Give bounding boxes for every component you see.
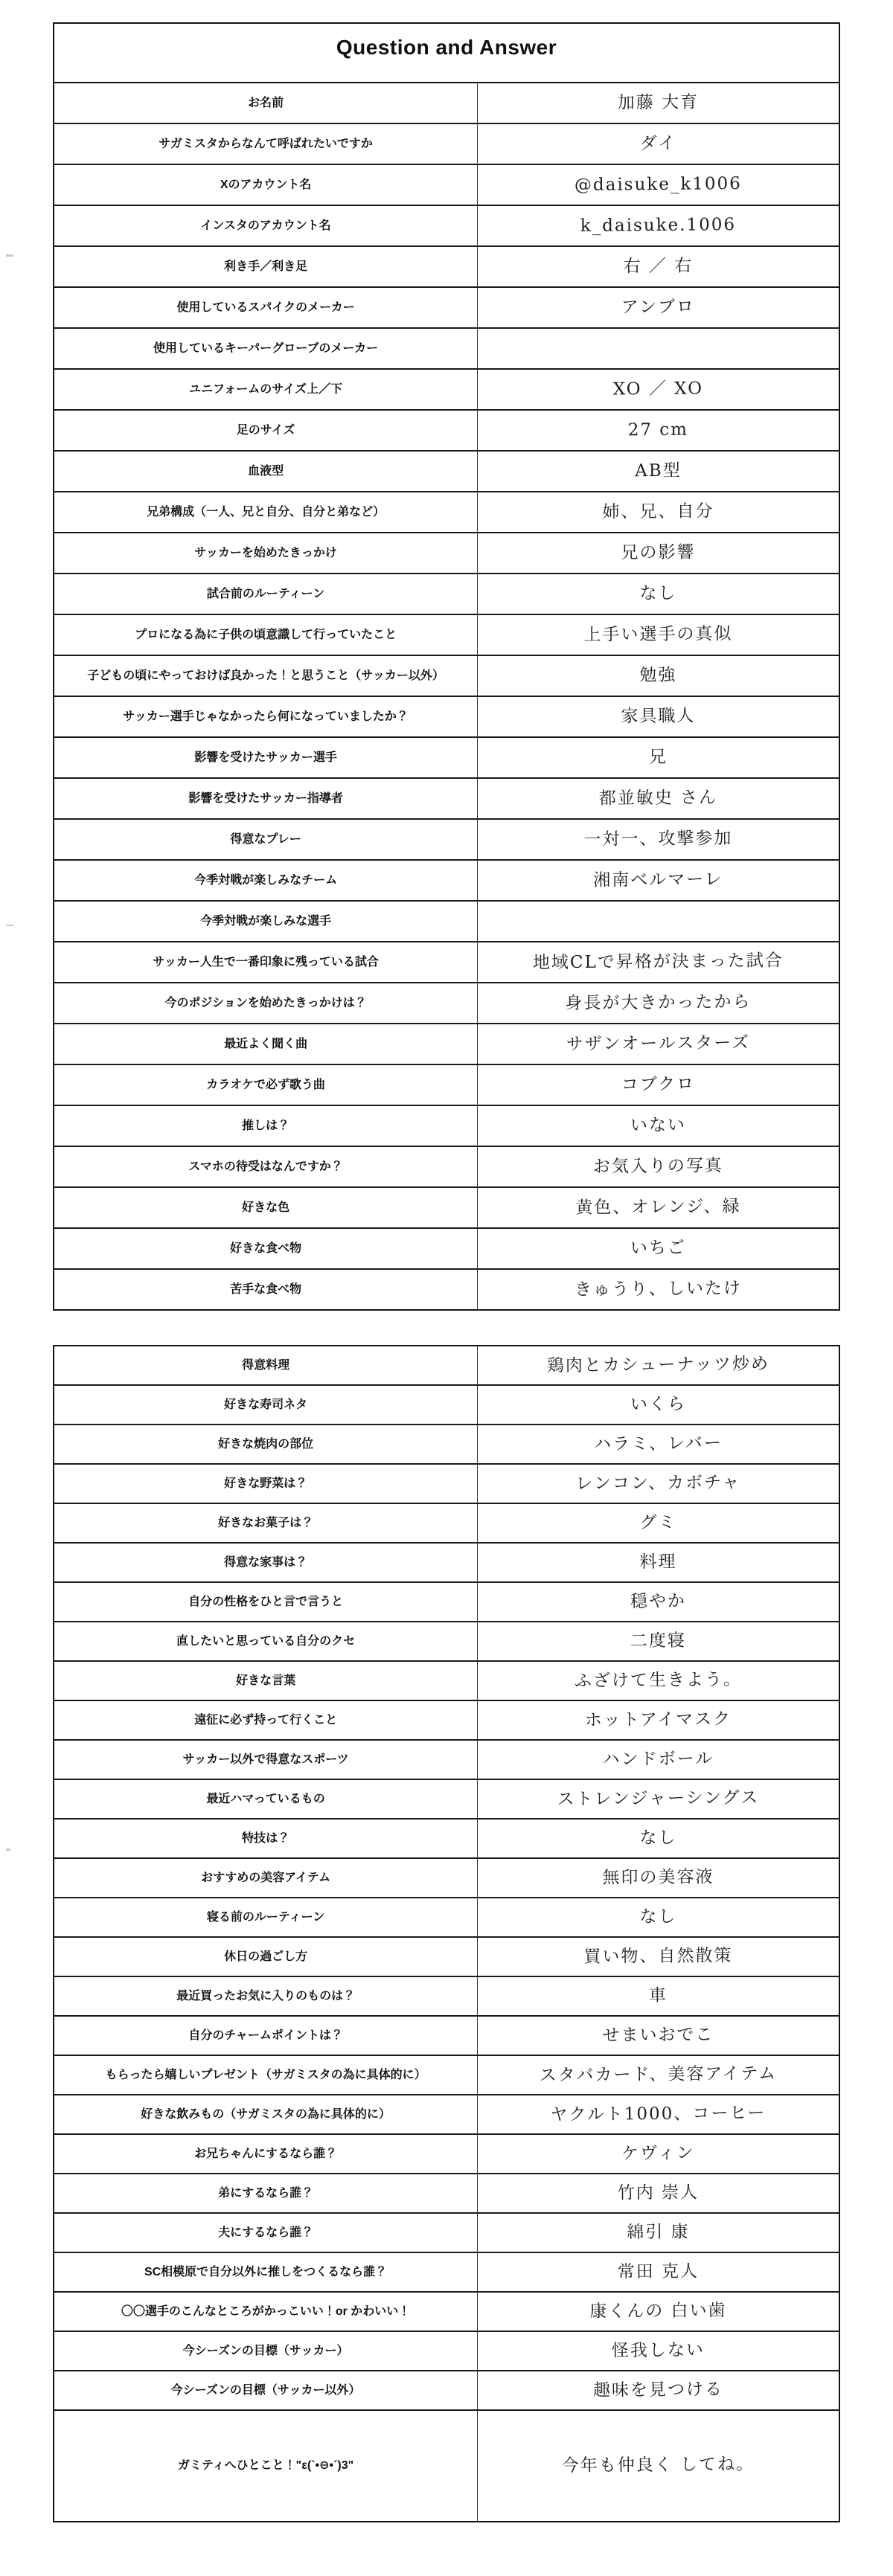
- question-cell: プロになる為に子供の頃意識して行っていたこと: [54, 615, 478, 655]
- answer-handwriting: ホットアイマスク: [478, 1700, 839, 1741]
- answer-handwriting: スタバカード、美容アイテム: [478, 2055, 839, 2095]
- answer-handwriting: ヤクルト1000、コーヒー: [478, 2094, 839, 2135]
- question-cell: 血液型: [54, 452, 478, 491]
- qa-row: 好きな寿司ネタいくら: [54, 1386, 839, 1425]
- answer-handwriting: [478, 327, 839, 370]
- question-cell: 自分のチャームポイントは？: [54, 2017, 478, 2055]
- qa-row: 弟にするなら誰？竹内 崇人: [54, 2174, 839, 2214]
- answer-handwriting: 湘南ベルマーレ: [478, 859, 839, 902]
- answer-handwriting: 都並敏史 さん: [478, 777, 839, 820]
- answer-handwriting: 地域CLで昇格が決まった試合: [478, 941, 839, 983]
- answer-handwriting: コブクロ: [478, 1064, 839, 1106]
- qa-row: 特技は？なし: [54, 1819, 839, 1859]
- qa-row: 得意なプレー一対一、攻撃参加: [54, 820, 839, 861]
- qa-row: 自分のチャームポイントは？せまいおでこ: [54, 2017, 839, 2056]
- answer-handwriting: グミ: [478, 1503, 839, 1544]
- qa-row: 好きな色黄色、オレンジ、緑: [54, 1188, 839, 1229]
- question-cell: 〇〇選手のこんなところがかっこいい！or かわいい！: [54, 2293, 478, 2331]
- qa-row: 好きな野菜は？レンコン、カボチャ: [54, 1465, 839, 1504]
- qa-row: 最近ハマっているものストレンジャーシングス: [54, 1780, 839, 1819]
- question-cell: ガミティへひとこと！"ε(`•⊖•´)3": [54, 2411, 478, 2521]
- answer-handwriting: 趣味を見つける: [478, 2370, 839, 2411]
- answer-handwriting: 鶏肉とカシューナッツ炒め: [478, 1345, 839, 1386]
- answer-handwriting: 怪我しない: [478, 2331, 839, 2371]
- answer-handwriting: なし: [478, 1897, 839, 1938]
- qa-row: 直したいと思っている自分のクセ二度寝: [54, 1622, 839, 1662]
- qa-row: お兄ちゃんにするなら誰？ケヴィン: [54, 2135, 839, 2174]
- question-cell: Xのアカウント名: [54, 165, 478, 205]
- question-cell: 好きな食べ物: [54, 1229, 478, 1268]
- qa-row: 今シーズンの目標（サッカー以外）趣味を見つける: [54, 2371, 839, 2411]
- qa-row: 試合前のルーティーンなし: [54, 574, 839, 615]
- scanned-questionnaire-sheet: Question and Answer お名前加藤 大育サガミスタからなんて呼ば…: [53, 0, 840, 2576]
- qa-row: 兄弟構成（一人、兄と自分、自分と弟など）姉、兄、自分: [54, 492, 839, 533]
- qa-row: 得意な家事は？料理: [54, 1544, 839, 1583]
- question-cell: インスタのアカウント名: [54, 206, 478, 245]
- qa-row: SC相模原で自分以外に推しをつくるなら誰？常田 克人: [54, 2253, 839, 2293]
- qa-row: 子どもの頃にやっておけば良かった！と思うこと（サッカー以外）勉強: [54, 656, 839, 697]
- qa-rows-section-2: 得意料理鶏肉とカシューナッツ炒め好きな寿司ネタいくら好きな焼肉の部位ハラミ、レバ…: [54, 1346, 839, 2521]
- answer-handwriting: ストレンジャーシングス: [478, 1779, 839, 1819]
- answer-handwriting: 兄の影響: [478, 532, 839, 574]
- question-cell: 今季対戦が楽しみなチーム: [54, 861, 478, 900]
- question-cell: 足のサイズ: [54, 411, 478, 450]
- answer-handwriting: k_daisuke.1006: [478, 205, 839, 247]
- question-cell: 特技は？: [54, 1819, 478, 1857]
- question-cell: 好きな飲みもの（サガミスタの為に具体的に）: [54, 2095, 478, 2133]
- qa-row: 今季対戦が楽しみなチーム湘南ベルマーレ: [54, 861, 839, 902]
- answer-handwriting: 無印の美容液: [478, 1857, 839, 1898]
- qa-row: 足のサイズ27 cm: [54, 411, 839, 452]
- question-cell: スマホの待受はなんですか？: [54, 1147, 478, 1186]
- question-cell: 得意料理: [54, 1346, 478, 1384]
- qa-row: 好きな焼肉の部位ハラミ、レバー: [54, 1425, 839, 1465]
- question-cell: 弟にするなら誰？: [54, 2174, 478, 2212]
- qa-row: 好きなお菓子は？グミ: [54, 1504, 839, 1544]
- qa-row: サガミスタからなんて呼ばれたいですかダイ: [54, 124, 839, 165]
- answer-handwriting: ケヴィン: [478, 2133, 839, 2174]
- answer-handwriting: 勉強: [478, 655, 839, 697]
- answer-handwriting: せまいおでこ: [478, 2015, 839, 2056]
- qa-row: 夫にするなら誰？綿引 康: [54, 2214, 839, 2253]
- question-cell: 兄弟構成（一人、兄と自分、自分と弟など）: [54, 492, 478, 532]
- qa-row: 遠征に必ず持って行くことホットアイマスク: [54, 1701, 839, 1741]
- scan-artifact-mark: [6, 254, 13, 257]
- question-cell: 今シーズンの目標（サッカー）: [54, 2332, 478, 2370]
- question-cell: 利き手／利き足: [54, 247, 478, 286]
- qa-row: もらったら嬉しいプレゼント（サガミスタの為に具体的に）スタバカード、美容アイテム: [54, 2056, 839, 2095]
- answer-handwriting: 上手い選手の真似: [478, 614, 839, 656]
- question-cell: サッカーを始めたきっかけ: [54, 533, 478, 573]
- qa-row: お名前加藤 大育: [54, 83, 839, 124]
- qa-row: Xのアカウント名@daisuke_k1006: [54, 165, 839, 206]
- answer-handwriting: XO ／ XO: [478, 368, 839, 411]
- question-cell: お兄ちゃんにするなら誰？: [54, 2135, 478, 2173]
- answer-handwriting: 綿引 康: [478, 2212, 839, 2253]
- question-cell: サガミスタからなんて呼ばれたいですか: [54, 124, 478, 164]
- answer-handwriting: レンコン、カボチャ: [478, 1463, 839, 1504]
- answer-handwriting: 料理: [478, 1542, 839, 1583]
- answer-handwriting: ダイ: [478, 123, 839, 165]
- qa-row: 影響を受けたサッカー指導者都並敏史 さん: [54, 779, 839, 820]
- question-cell: 最近買ったお気に入りのものは？: [54, 1977, 478, 2015]
- answer-handwriting: ふざけて生きよう。: [478, 1660, 839, 1701]
- qa-row: 使用しているキーパーグローブのメーカー: [54, 329, 839, 370]
- question-cell: お名前: [54, 83, 478, 123]
- qa-row: 休日の過ごし方買い物、自然散策: [54, 1938, 839, 1977]
- answer-handwriting: 兄: [478, 736, 839, 779]
- scan-artifact-mark: [6, 1849, 10, 1851]
- answer-handwriting: 27 cm: [478, 409, 839, 452]
- qa-row: おすすめの美容アイテム無印の美容液: [54, 1859, 839, 1898]
- question-cell: もらったら嬉しいプレゼント（サガミスタの為に具体的に）: [54, 2056, 478, 2094]
- qa-row: 好きな飲みもの（サガミスタの為に具体的に）ヤクルト1000、コーヒー: [54, 2095, 839, 2135]
- answer-handwriting: @daisuke_k1006: [478, 164, 839, 206]
- qa-table-page-1: Question and Answer お名前加藤 大育サガミスタからなんて呼ば…: [53, 22, 840, 1311]
- answer-handwriting: きゅうり、しいたけ: [478, 1268, 839, 1311]
- answer-handwriting: サザンオールスターズ: [478, 1023, 839, 1065]
- qa-row: 好きな言葉ふざけて生きよう。: [54, 1662, 839, 1701]
- question-cell: 好きな寿司ネタ: [54, 1386, 478, 1424]
- qa-row: 自分の性格をひと言で言うと穏やか: [54, 1583, 839, 1622]
- question-cell: サッカー以外で得意なスポーツ: [54, 1741, 478, 1779]
- answer-handwriting: 常田 克人: [478, 2252, 839, 2293]
- question-cell: 今シーズンの目標（サッカー以外）: [54, 2371, 478, 2409]
- qa-row: インスタのアカウント名k_daisuke.1006: [54, 206, 839, 247]
- qa-row: カラオケで必ず歌う曲コブクロ: [54, 1065, 839, 1106]
- question-cell: SC相模原で自分以外に推しをつくるなら誰？: [54, 2253, 478, 2291]
- question-cell: 遠征に必ず持って行くこと: [54, 1701, 478, 1739]
- qa-row: 今季対戦が楽しみな選手: [54, 902, 839, 942]
- qa-row: 苦手な食べ物きゅうり、しいたけ: [54, 1270, 839, 1309]
- question-cell: 苦手な食べ物: [54, 1270, 478, 1309]
- answer-handwriting: 竹内 崇人: [478, 2173, 839, 2214]
- answer-handwriting: 家具職人: [478, 696, 839, 738]
- answer-handwriting: 加藤 大育: [478, 82, 839, 124]
- answer-handwriting: 康くんの 白い歯: [478, 2291, 839, 2332]
- question-cell: 自分の性格をひと言で言うと: [54, 1583, 478, 1621]
- question-cell: 好きな焼肉の部位: [54, 1425, 478, 1463]
- question-cell: 直したいと思っている自分のクセ: [54, 1622, 478, 1660]
- question-cell: 寝る前のルーティーン: [54, 1898, 478, 1936]
- question-cell: 好きな言葉: [54, 1662, 478, 1700]
- answer-handwriting: 黄色、オレンジ、緑: [478, 1186, 839, 1229]
- answer-handwriting: アンブロ: [478, 286, 839, 329]
- question-cell: 最近よく聞く曲: [54, 1024, 478, 1064]
- qa-row: 〇〇選手のこんなところがかっこいい！or かわいい！康くんの 白い歯: [54, 2293, 839, 2332]
- qa-row: スマホの待受はなんですか？お気入りの写真: [54, 1147, 839, 1188]
- answer-handwriting: いない: [478, 1105, 839, 1147]
- scan-artifact-mark: [6, 925, 13, 926]
- qa-row: ユニフォームのサイズ上／下XO ／ XO: [54, 370, 839, 411]
- question-cell: サッカー人生で一番印象に残っている試合: [54, 942, 478, 982]
- question-cell: 好きなお菓子は？: [54, 1504, 478, 1542]
- question-cell: 好きな野菜は？: [54, 1465, 478, 1503]
- question-cell: 試合前のルーティーン: [54, 574, 478, 614]
- qa-row: プロになる為に子供の頃意識して行っていたこと上手い選手の真似: [54, 615, 839, 656]
- qa-rows-section-1: お名前加藤 大育サガミスタからなんて呼ばれたいですかダイXのアカウント名@dai…: [54, 83, 839, 1309]
- answer-handwriting: 穏やか: [478, 1581, 839, 1622]
- answer-handwriting: ハラミ、レバー: [478, 1424, 839, 1465]
- question-cell: ユニフォームのサイズ上／下: [54, 370, 478, 409]
- qa-row: サッカー以外で得意なスポーツハンドボール: [54, 1741, 839, 1780]
- question-cell: 推しは？: [54, 1106, 478, 1146]
- answer-handwriting: 二度寝: [478, 1621, 839, 1662]
- qa-row: サッカー選手じゃなかったら何になっていましたか？家具職人: [54, 697, 839, 738]
- qa-row: 影響を受けたサッカー選手兄: [54, 738, 839, 779]
- question-cell: 得意な家事は？: [54, 1544, 478, 1581]
- question-cell: 今季対戦が楽しみな選手: [54, 902, 478, 941]
- qa-row: 使用しているスパイクのメーカーアンブロ: [54, 288, 839, 329]
- qa-row: 最近よく聞く曲サザンオールスターズ: [54, 1024, 839, 1065]
- qa-row: 最近買ったお気に入りのものは？車: [54, 1977, 839, 2017]
- answer-handwriting: なし: [478, 573, 839, 615]
- answer-handwriting: いちご: [478, 1227, 839, 1270]
- qa-row: 利き手／利き足右 ／ 右: [54, 247, 839, 288]
- question-cell: 最近ハマっているもの: [54, 1780, 478, 1818]
- question-cell: 使用しているスパイクのメーカー: [54, 288, 478, 327]
- question-cell: 使用しているキーパーグローブのメーカー: [54, 329, 478, 368]
- page-title: Question and Answer: [54, 24, 839, 83]
- answer-handwriting: 車: [478, 1976, 839, 2017]
- answer-handwriting: お気入りの写真: [478, 1146, 839, 1188]
- qa-table-page-2: 得意料理鶏肉とカシューナッツ炒め好きな寿司ネタいくら好きな焼肉の部位ハラミ、レバ…: [53, 1345, 840, 2522]
- answer-handwriting: AB型: [478, 450, 839, 492]
- qa-row: 血液型AB型: [54, 452, 839, 492]
- question-cell: 子どもの頃にやっておけば良かった！と思うこと（サッカー以外）: [54, 656, 478, 696]
- qa-row: 好きな食べ物いちご: [54, 1229, 839, 1270]
- answer-handwriting: 身長が大きかったから: [478, 982, 839, 1024]
- question-cell: 得意なプレー: [54, 820, 478, 859]
- qa-row: 得意料理鶏肉とカシューナッツ炒め: [54, 1346, 839, 1386]
- question-cell: 影響を受けたサッカー選手: [54, 738, 478, 777]
- answer-handwriting: 買い物、自然散策: [478, 1936, 839, 1977]
- question-cell: 今のポジションを始めたきっかけは？: [54, 983, 478, 1023]
- question-cell: 休日の過ごし方: [54, 1938, 478, 1976]
- answer-handwriting: 右 ／ 右: [478, 245, 839, 288]
- qa-row: 今のポジションを始めたきっかけは？身長が大きかったから: [54, 983, 839, 1024]
- question-cell: 好きな色: [54, 1188, 478, 1227]
- qa-row: ガミティへひとこと！"ε(`•⊖•´)3"今年も仲良く してね。: [54, 2411, 839, 2521]
- answer-handwriting: なし: [478, 1818, 839, 1859]
- qa-row: 推しは？いない: [54, 1106, 839, 1147]
- qa-row: サッカーを始めたきっかけ兄の影響: [54, 533, 839, 574]
- qa-row: 寝る前のルーティーンなし: [54, 1898, 839, 1938]
- question-cell: おすすめの美容アイテム: [54, 1859, 478, 1897]
- question-cell: サッカー選手じゃなかったら何になっていましたか？: [54, 697, 478, 736]
- question-cell: 夫にするなら誰？: [54, 2214, 478, 2252]
- answer-handwriting: いくら: [478, 1384, 839, 1425]
- qa-row: サッカー人生で一番印象に残っている試合地域CLで昇格が決まった試合: [54, 942, 839, 983]
- question-cell: カラオケで必ず歌う曲: [54, 1065, 478, 1105]
- question-cell: 影響を受けたサッカー指導者: [54, 779, 478, 818]
- answer-handwriting: ハンドボール: [478, 1739, 839, 1780]
- qa-row: 今シーズンの目標（サッカー）怪我しない: [54, 2332, 839, 2371]
- answer-handwriting: [478, 900, 839, 942]
- answer-handwriting: 一対一、攻撃参加: [478, 818, 839, 861]
- answer-handwriting: 今年も仲良く してね。: [478, 2409, 839, 2522]
- answer-handwriting: 姉、兄、自分: [478, 491, 839, 533]
